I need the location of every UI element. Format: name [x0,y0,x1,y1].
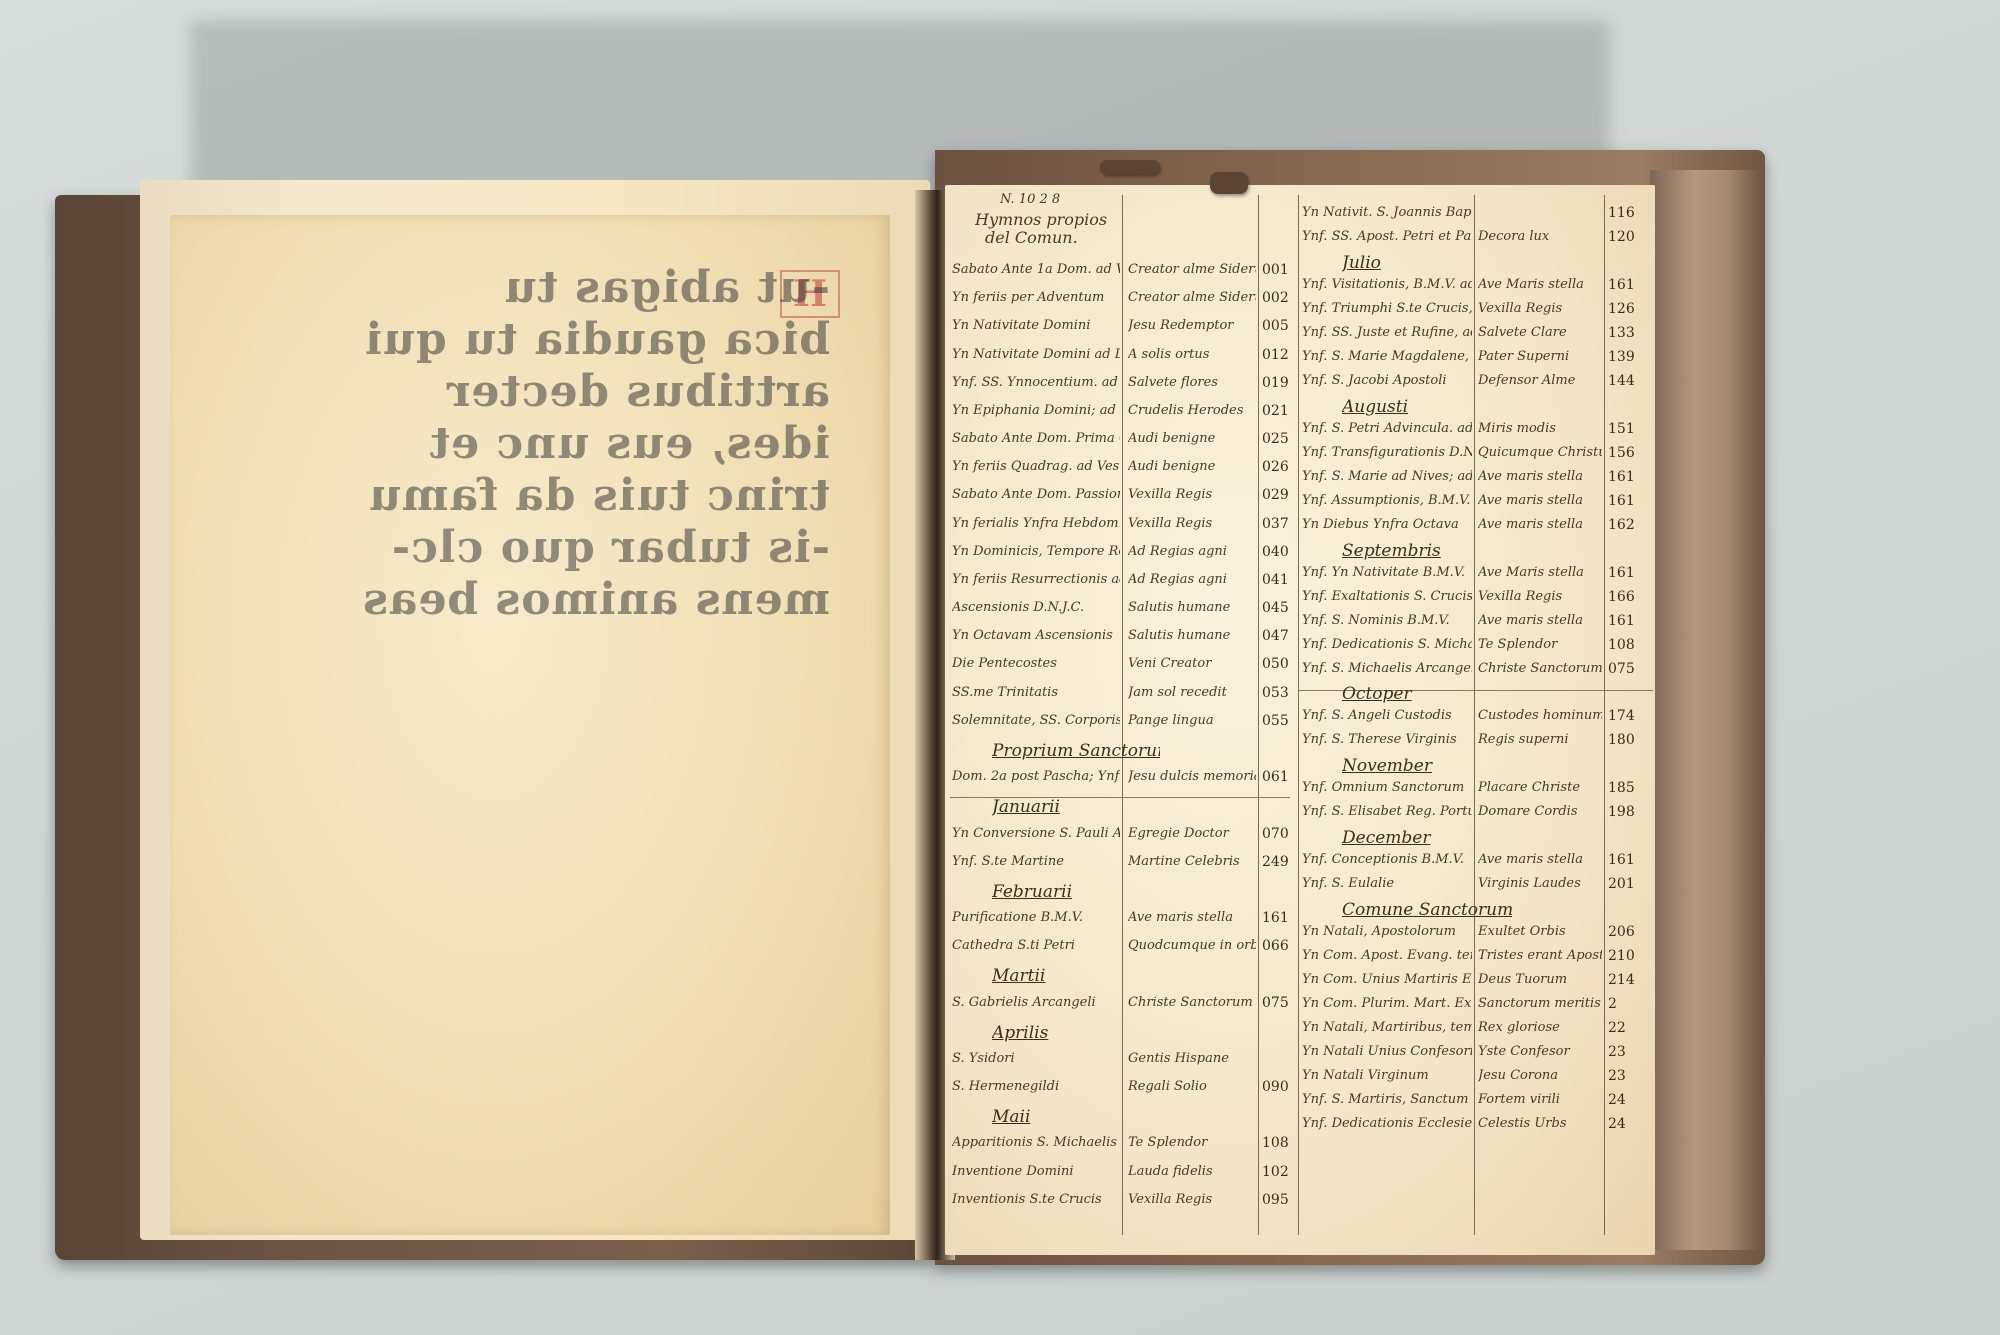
feast-title: Ynf. S. Elisabet Reg. Portug. [1302,804,1472,819]
hymn-incipit: Vexilla Regis [1478,589,1602,604]
feast-title: Ynf. S. Petri Advincula. ad Vesp. [1302,421,1472,436]
feast-title: Yn Natali, Apostolorum [1302,924,1472,939]
page-number: 053 [1262,685,1289,701]
hymn-incipit: Quicumque Christum [1478,445,1602,460]
feast-title: Ynf. SS. Apost. Petri et Pauli [1302,229,1472,244]
hymn-incipit: Creator alme Siderum [1128,290,1256,305]
hymn-incipit: Placare Christe [1478,780,1602,795]
page-number: 126 [1608,301,1635,317]
mirror-line: ides, eus unc et [360,418,830,470]
hymn-incipit: Regali Solio [1128,1079,1256,1094]
feast-title: Yn Dominicis, Tempore Resurrectionis. ad… [952,544,1120,559]
hymn-incipit: Tristes erant Apostoli [1478,948,1602,963]
feast-title: Ynf. Transfigurationis D.N. J.C. ad Vesp… [1302,445,1472,460]
mirror-line: trinc tuis da famu [360,470,830,522]
feast-title: Yn Octavam Ascensionis [952,628,1120,643]
hymn-incipit: Pange lingua [1128,713,1256,728]
feast-title: Yn Com. Apost. Evang. tempore Paschale [1302,948,1472,963]
feast-title: Yn Natali, Martiribus, tempore Paschale [1302,1020,1472,1035]
feast-title: Ynf. Conceptionis B.M.V. [1302,852,1472,867]
feast-title: Ynf. S.te Martine [952,854,1120,869]
page-number: 040 [1262,544,1289,560]
page-number: 061 [1262,769,1289,785]
feast-title: Ascensionis D.N.J.C. [952,600,1120,615]
month-heading: Aprilis [992,1023,1160,1043]
feast-title: Ynf. S. Jacobi Apostoli [1302,373,1472,388]
hymn-incipit: Ave maris stella [1478,852,1602,867]
page-number: 206 [1608,924,1635,940]
page-number: 005 [1262,318,1289,334]
page-number: 144 [1608,373,1635,389]
feast-title: Inventionis S.te Crucis [952,1192,1120,1207]
feast-title: Ynf. Yn Nativitate B.M.V. [1302,565,1472,580]
hymn-incipit: Creator alme Siderum [1128,262,1256,277]
feast-title: Sabato Ante Dom. Passionis. ad Vesperas [952,487,1120,502]
month-heading: Julio [1342,253,1512,273]
hymn-incipit: Salvete flores [1128,375,1256,390]
page-number: 070 [1262,826,1289,842]
hymn-incipit: Ave maris stella [1478,469,1602,484]
page-number: 180 [1608,732,1635,748]
hymn-incipit: Ad Regias agni [1128,572,1256,587]
hymn-incipit: Audi benigne [1128,459,1256,474]
feast-title: Yn feriis Resurrectionis ad Vesperas [952,572,1120,587]
month-heading: Octoper [1342,684,1512,704]
month-heading: Februarii [992,882,1160,902]
page-number: 025 [1262,431,1289,447]
mirror-line: arttibus decter [360,366,830,418]
feast-title: Yn feriis per Adventum [952,290,1120,305]
page-number: 050 [1262,656,1289,672]
hymn-incipit: Christe Sanctorum [1478,661,1602,676]
hymn-incipit: Rex gloriose [1478,1020,1602,1035]
feast-title: S. Ysidori [952,1051,1120,1066]
page-number: 066 [1262,938,1289,954]
wooden-board [1650,170,1760,1250]
hymn-incipit: Christe Sanctorum [1128,995,1256,1010]
feast-title: Solemnitate, SS. Corporis Christi ad Ves… [952,713,1120,728]
page-number: 210 [1608,948,1635,964]
hymn-incipit: Yste Confesor [1478,1044,1602,1059]
feast-title: Yn Nativitate Domini [952,318,1120,333]
index-header: Hymnos propios [975,210,1107,229]
hymn-incipit: Decora lux [1478,229,1602,244]
mirror-line: bica gaudia tu qui [360,314,830,366]
column-rule [1258,195,1259,1235]
hymn-incipit: Jesu dulcis memoriam [1128,769,1256,784]
page-number: 156 [1608,445,1635,461]
page-number: 24 [1608,1092,1626,1108]
feast-title: Yn Epiphania Domini; ad Vesperas [952,403,1120,418]
page-number: 139 [1608,349,1635,365]
page-number: 24 [1608,1116,1626,1132]
month-heading: Maii [992,1107,1160,1127]
feast-title: Ynf. Assumptionis, B.M.V. [1302,493,1472,508]
page-number: 166 [1608,589,1635,605]
month-heading: Augusti [1342,397,1512,417]
feast-title: S. Gabrielis Arcangeli [952,995,1120,1010]
feast-title: Die Pentecostes [952,656,1120,671]
page-number: 055 [1262,713,1289,729]
feast-title: Ynf. S. Michaelis Arcangeli [1302,661,1472,676]
page-number: 161 [1608,469,1635,485]
feast-title: Yn feriis Quadrag. ad Vesp. [952,459,1120,474]
feast-title: SS.me Trinitatis [952,685,1120,700]
page-number: 075 [1262,995,1289,1011]
feast-title: Ynf. Visitationis, B.M.V. ad Vesp. [1302,277,1472,292]
page-number: 133 [1608,325,1635,341]
feast-title: Yn Com. Plurim. Mart. Extra tempus Pasch… [1302,996,1472,1011]
hymn-incipit: Te Splendor [1478,637,1602,652]
page-number: 075 [1608,661,1635,677]
page-number: 161 [1608,613,1635,629]
page-number: 108 [1262,1135,1289,1151]
feast-title: Ynf. Dedicationis Ecclesie [1302,1116,1472,1131]
feast-title: Yn Conversione S. Pauli Apost. [952,826,1120,841]
hymn-incipit: Ave maris stella [1478,613,1602,628]
page-number: 2 [1608,996,1617,1012]
feast-title: Ynf. Dedicationis S. Michaelis Arcangeli… [1302,637,1472,652]
page-number: 151 [1608,421,1635,437]
page-number: 198 [1608,804,1635,820]
feast-title: Ynf. S. Therese Virginis [1302,732,1472,747]
page-number: 161 [1608,565,1635,581]
hymn-incipit: Egregie Doctor [1128,826,1256,841]
hymn-incipit: Salutis humane [1128,600,1256,615]
page-number: 001 [1262,262,1289,278]
mirror-line: mens animos beas [360,574,830,626]
page-number: 185 [1608,780,1635,796]
page-number: 214 [1608,972,1635,988]
metal-clasp [1100,160,1160,174]
page-number: 037 [1262,516,1289,532]
page-number: 095 [1262,1192,1289,1208]
feast-title: Yn ferialis Ynfra Hebdom. Passionis. ad … [952,516,1120,531]
page-number: 102 [1262,1164,1289,1180]
hymn-incipit: Vexilla Regis [1128,1192,1256,1207]
mirror-line: -ut abigas tu [360,262,830,314]
hymn-incipit: Ave maris stella [1128,910,1256,925]
hymn-incipit: Veni Creator [1128,656,1256,671]
month-heading: December [1342,828,1512,848]
page-number: 026 [1262,459,1289,475]
hymn-incipit: Ave Maris stella [1478,565,1602,580]
page-number: 045 [1262,600,1289,616]
hymn-incipit: Ave maris stella [1478,493,1602,508]
feast-title: Ynf. S. Martiris, Sanctum nec Virgine, n… [1302,1092,1472,1107]
mirror-line: -is tubar quo clc- [360,522,830,574]
feast-title: Cathedra S.ti Petri [952,938,1120,953]
hymn-incipit: Domare Cordis [1478,804,1602,819]
feast-title: Ynf. S. Nominis B.M.V. [1302,613,1472,628]
feast-title: Ynf. SS. Ynnocentium. ad Vesp. [952,375,1120,390]
page-number: 041 [1262,572,1289,588]
hymn-incipit: A solis ortus [1128,347,1256,362]
month-heading: Proprium Sanctorum [992,741,1160,761]
page-number: 161 [1608,277,1635,293]
hymn-incipit: Pater Superni [1478,349,1602,364]
index-header: N. 10 2 8 [1000,192,1060,207]
hymn-incipit: Salutis humane [1128,628,1256,643]
page-number: 161 [1608,493,1635,509]
hymn-incipit: Exultet Orbis [1478,924,1602,939]
month-heading: Comune Sanctorum. [1342,900,1512,920]
hymn-incipit: Crudelis Herodes [1128,403,1256,418]
column-rule [1474,195,1475,1235]
page-number: 249 [1262,854,1289,870]
hymn-incipit: Miris modis [1478,421,1602,436]
feast-title: Apparitionis S. Michaelis Arcangeli [952,1135,1120,1150]
feast-title: Yn Com. Unius Martiris Extra tempus Pasc… [1302,972,1472,987]
month-heading: Martii [992,966,1160,986]
page-number: 116 [1608,205,1635,221]
feast-title: S. Hermenegildi [952,1079,1120,1094]
feast-title: Ynf. SS. Juste et Rufine, ad Vesp. [1302,325,1472,340]
page-number: 23 [1608,1044,1626,1060]
page-number: 047 [1262,628,1289,644]
hymn-incipit: Jesu Redemptor [1128,318,1256,333]
feast-title: Ynf. S. Eulalie [1302,876,1472,891]
hymn-incipit: Vexilla Regis [1478,301,1602,316]
column-rule [1298,195,1299,1235]
hymn-incipit: Vexilla Regis [1128,487,1256,502]
hymn-incipit: Celestis Urbs [1478,1116,1602,1131]
column-rule [1122,195,1123,1235]
feast-title: Purificatione B.M.V. [952,910,1120,925]
feast-title: Yn Nativitate Domini ad Laudes [952,347,1120,362]
feast-title: Yn Nativit. S. Joannis Baptiste. ad Vesp… [1302,205,1472,220]
hymn-incipit: Virginis Laudes [1478,876,1602,891]
hymn-incipit: Ave maris stella [1478,517,1602,532]
feast-title: Dom. 2a post Pascha; Ynf. Nominis Jesu [952,769,1120,784]
hymn-incipit: Gentis Hispane [1128,1051,1256,1066]
hymn-incipit: Fortem virili [1478,1092,1602,1107]
hymn-incipit: Vexilla Regis [1128,516,1256,531]
feast-title: Sabato Ante 1a Dom. ad Vesperas [952,262,1120,277]
feast-title: Ynf. S. Marie ad Nives; ad Vesp. [1302,469,1472,484]
feast-title: Inventione Domini [952,1164,1120,1179]
feast-title: Yn Natali Unius Confesoribus [1302,1044,1472,1059]
hymn-incipit: Lauda fidelis [1128,1164,1256,1179]
feast-title: Yn Natali Virginum [1302,1068,1472,1083]
hymn-incipit: Audi benigne [1128,431,1256,446]
feast-title: Yn Diebus Ynfra Octava [1302,517,1472,532]
hymn-incipit: Regis superni [1478,732,1602,747]
hymn-incipit: Te Splendor [1128,1135,1256,1150]
hymn-incipit: Quodcumque in orbe [1128,938,1256,953]
page-number: 161 [1262,910,1289,926]
hymn-incipit: Deus Tuorum [1478,972,1602,987]
page-number: 120 [1608,229,1635,245]
page-number: 090 [1262,1079,1289,1095]
page-number: 23 [1608,1068,1626,1084]
hymn-incipit: Jam sol recedit [1128,685,1256,700]
month-heading: November [1342,756,1512,776]
hymn-incipit: Jesu Corona [1478,1068,1602,1083]
hymn-incipit: Salvete Clare [1478,325,1602,340]
page-number: 201 [1608,876,1635,892]
mirrored-offset-text: -ut abigas tu bica gaudia tu qui arttibu… [360,262,830,626]
month-heading: Septembris [1342,541,1512,561]
page-number: 021 [1262,403,1289,419]
page-number: 174 [1608,708,1635,724]
page-number: 22 [1608,1020,1626,1036]
page-number: 029 [1262,487,1289,503]
feast-title: Ynf. S. Marie Magdalene, ad Vesp. [1302,349,1472,364]
page-number: 161 [1608,852,1635,868]
hymn-incipit: Custodes hominum [1478,708,1602,723]
page-number: 012 [1262,347,1289,363]
month-heading: Januarii [992,797,1160,817]
metal-clasp [1210,172,1248,194]
hymn-incipit: Ave Maris stella [1478,277,1602,292]
feast-title: Ynf. Triumphi S.te Crucis, ad Vesp. [1302,301,1472,316]
hymn-incipit: Sanctorum meritis [1478,996,1602,1011]
page-number: 002 [1262,290,1289,306]
page-number: 108 [1608,637,1635,653]
page-number: 019 [1262,375,1289,391]
hymn-incipit: Ad Regias agni [1128,544,1256,559]
index-header: del Comun. [985,228,1078,247]
feast-title: Ynf. Exaltationis S. Crucis [1302,589,1472,604]
page-number: 162 [1608,517,1635,533]
hymn-incipit: Defensor Alme [1478,373,1602,388]
feast-title: Sabato Ante Dom. Prima Quadragesima. ad … [952,431,1120,446]
column-rule [1604,195,1605,1235]
feast-title: Ynf. S. Angeli Custodis [1302,708,1472,723]
feast-title: Ynf. Omnium Sanctorum [1302,780,1472,795]
hymn-incipit: Martine Celebris [1128,854,1256,869]
